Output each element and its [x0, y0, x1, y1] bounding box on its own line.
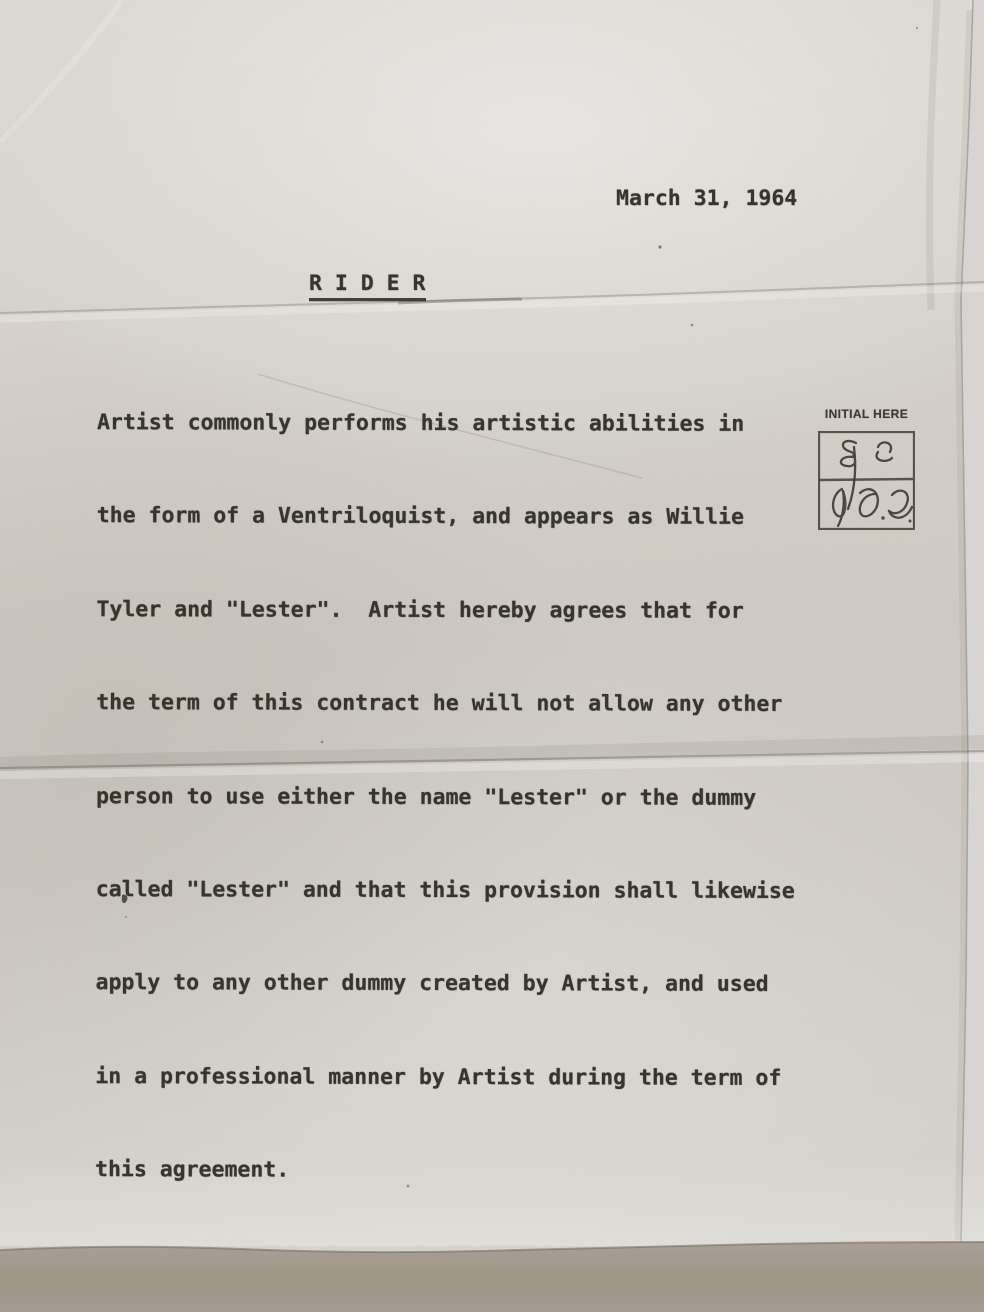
- body-paragraph: Artist commonly performs his artistic ab…: [95, 351, 796, 1243]
- handwritten-initials: [820, 433, 912, 527]
- body-line: called "Lester" and that this provision …: [96, 868, 795, 913]
- stamp-divider-line: [819, 479, 913, 480]
- body-line: the term of this contract he will not al…: [96, 681, 795, 726]
- initial-here-box: [818, 431, 915, 530]
- body-line: apply to any other dummy created by Arti…: [95, 961, 794, 1006]
- document-photo: March 31, 1964 R I D E R Artist commonly…: [0, 0, 984, 1312]
- initials-bottom: [833, 489, 912, 526]
- initial-here-label: INITIAL HERE: [818, 407, 915, 421]
- body-line: the form of a Ventriloquist, and appears…: [97, 494, 796, 539]
- initials-top: [841, 441, 892, 509]
- typewritten-content: March 31, 1964 R I D E R Artist commonly…: [0, 0, 984, 1312]
- date-line: March 31, 1964: [616, 186, 797, 211]
- body-line: Artist commonly performs his artistic ab…: [97, 401, 796, 446]
- body-line: in a professional manner by Artist durin…: [95, 1055, 794, 1100]
- body-line: person to use either the name "Lester" o…: [96, 775, 795, 820]
- body-line: Tyler and "Lester". Artist hereby agrees…: [96, 588, 795, 633]
- document-title: R I D E R: [309, 271, 426, 301]
- body-line: this agreement.: [95, 1148, 794, 1193]
